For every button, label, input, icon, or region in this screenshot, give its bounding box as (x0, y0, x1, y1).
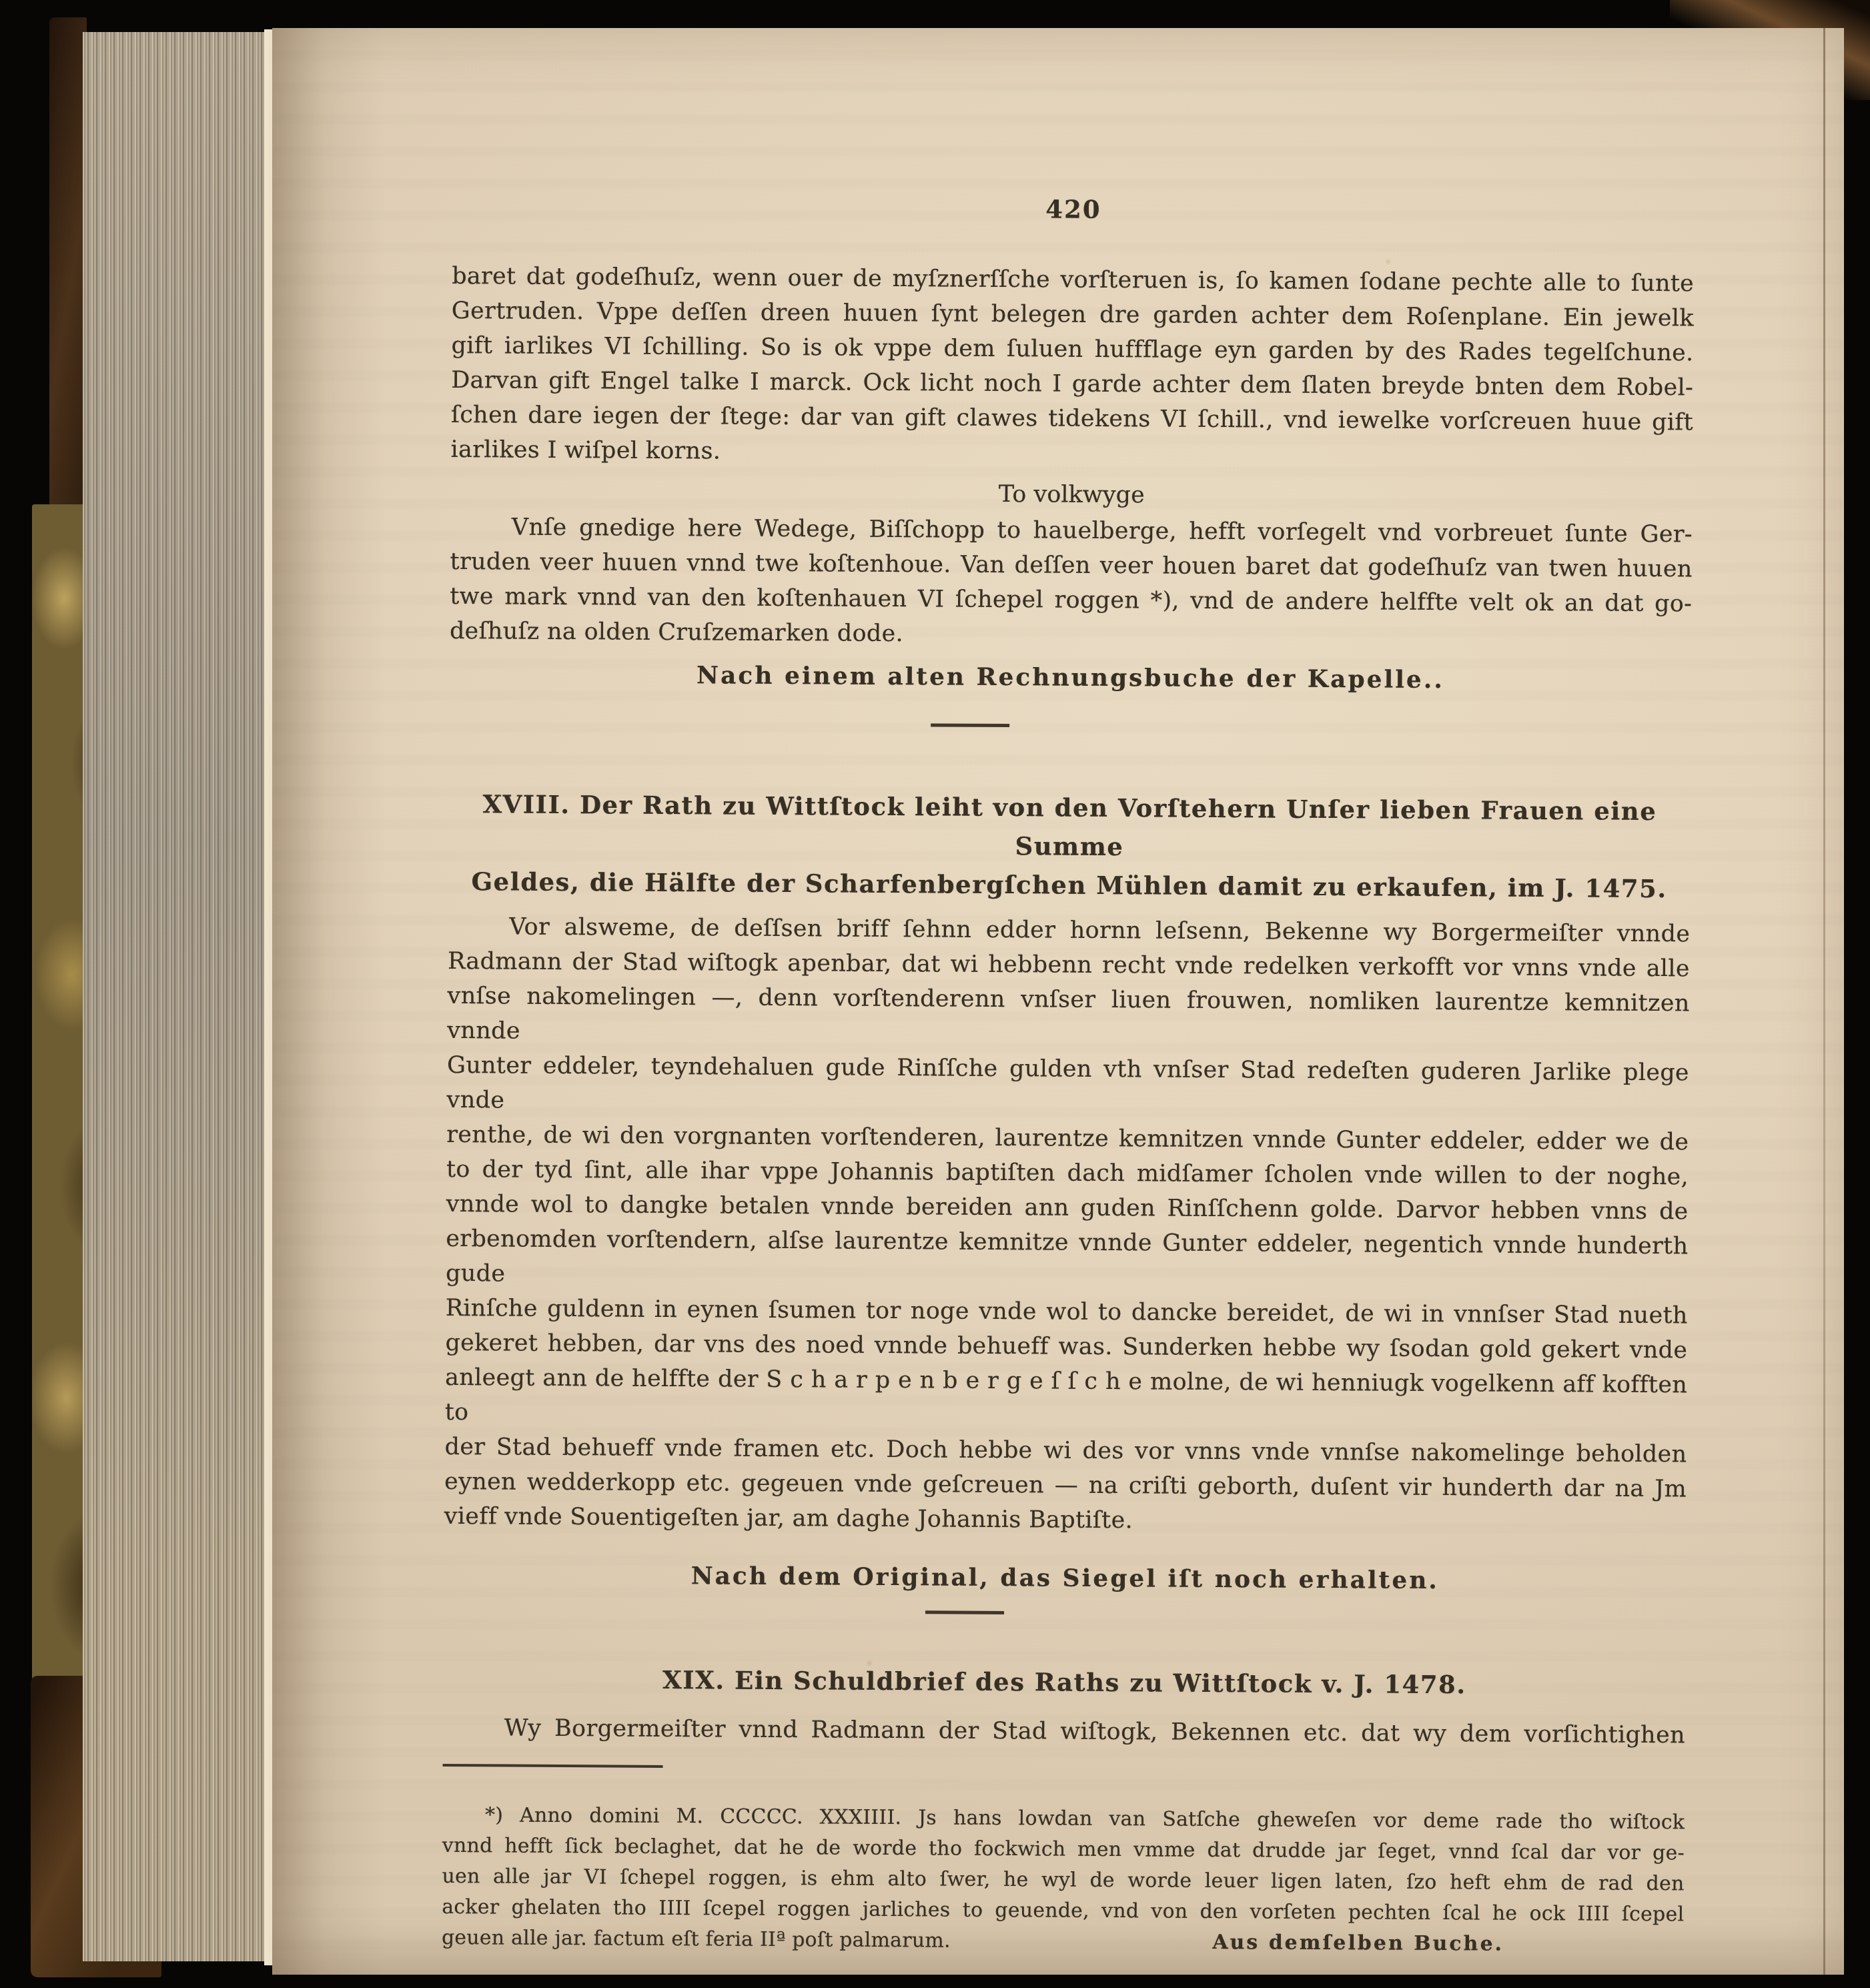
text-line: vnſse nakomelingen —, denn vorſtenderenn… (447, 979, 1690, 1055)
paragraph-xviii: Vor alsweme, de deſſsen briff ſehnn edde… (444, 909, 1691, 1541)
book-scan: 420 baret dat godeſhuſz, wenn ouer de my… (0, 0, 1870, 1988)
section-divider (931, 723, 1009, 727)
stacked-page-edges (83, 32, 280, 1961)
right-page-crease (1823, 28, 1825, 1975)
footnote-line-end: geuen alle jar. factum eſt feria IIª poſ… (442, 1923, 951, 1957)
heading-xviii-line2: Geldes, die Hälfte der Scharfenbergſchen… (448, 862, 1691, 908)
paragraph-xix: Wy Borgermeiſter vnnd Radmann der Stad w… (443, 1710, 1685, 1753)
page-content: 420 baret dat godeſhuſz, wenn ouer de my… (442, 191, 1695, 1961)
text-line: anleegt ann de helffte der S c h a r p e… (445, 1360, 1688, 1437)
paragraph-volkwyge: Vnſe gnedige here Wedege, Biſſchopp to h… (450, 510, 1693, 656)
text-line: Wy Borgermeiſter vnnd Radmann der Stad w… (443, 1710, 1685, 1753)
text-line: erbenomden vorſtendern, alſse laurentze … (446, 1221, 1689, 1298)
book-page: 420 baret dat godeſhuſz, wenn ouer de my… (272, 28, 1844, 1975)
source-note-rechnungsbuch: Nach einem alten Rechnungsbuche der Kape… (449, 658, 1691, 697)
heading-xix: XIX. Ein Schuldbrief des Raths zu Wittſt… (443, 1660, 1685, 1704)
paragraph-continuation: baret dat godeſhuſz, wenn ouer de myſzne… (450, 259, 1694, 474)
spine-leather (49, 17, 87, 508)
text-line: Gunter eddeler, teyndehaluen gude Rinſſc… (447, 1048, 1690, 1125)
section-divider (925, 1610, 1004, 1614)
heading-xviii: XVIII. Der Rath zu Wittſtock leiht von d… (448, 785, 1691, 908)
footnote-source-note: Aus demſelben Buche. (1212, 1927, 1504, 1960)
page-number: 420 (452, 191, 1695, 230)
footnote-separator (443, 1764, 663, 1768)
source-note-original: Nach dem Original, das Siegel iſt noch e… (444, 1558, 1686, 1598)
heading-xviii-line1: XVIII. Der Rath zu Wittſtock leiht von d… (448, 785, 1691, 869)
footnote: *) Anno domini M. CCCCC. XXXIIII. Js han… (442, 1800, 1685, 1961)
heading-to-volkwyge: To volkwyge (450, 474, 1693, 516)
